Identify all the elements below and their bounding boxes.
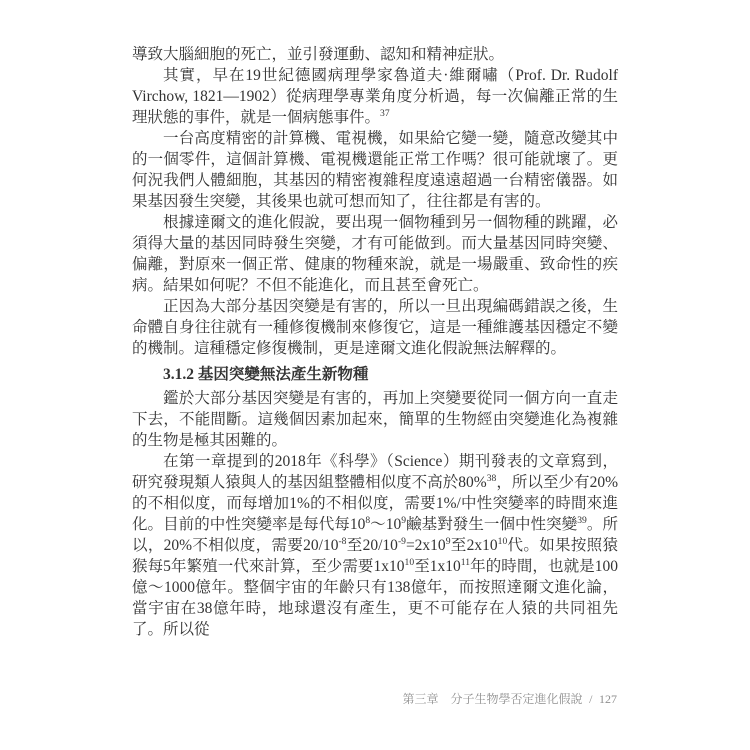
paragraph: 根據達爾文的進化假說，要出現一個物種到另一個物種的跳躍，必須得大量的基因同時發生… bbox=[132, 212, 618, 296]
paragraph: 正因為大部分基因突變是有害的，所以一旦出現編碼錯誤之後，生命體自身往往就有一種修… bbox=[132, 296, 618, 359]
paragraph: 一台高度精密的計算機、電視機，如果給它變一變，隨意改變其中的一個零件，這個計算機… bbox=[132, 128, 618, 212]
footer-chapter-label: 第三章 bbox=[402, 692, 438, 706]
footnote-reference: 10 bbox=[405, 557, 415, 568]
footer-chapter-title: 分子生物學否定進化假說 bbox=[450, 692, 582, 706]
footnote-reference: -9 bbox=[398, 536, 406, 547]
book-page: 導致大腦細胞的死亡，並引發運動、認知和精神症狀。其實，早在19世紀德國病理學家魯… bbox=[0, 0, 750, 750]
footnote-reference: 10 bbox=[498, 536, 508, 547]
footnote-reference: 11 bbox=[461, 557, 470, 568]
footnote-reference: 8 bbox=[365, 515, 370, 526]
section-heading: 3.1.2 基因突變無法產生新物種 bbox=[132, 364, 618, 385]
footnote-reference: -8 bbox=[338, 536, 346, 547]
page-body-text: 導致大腦細胞的死亡，並引發運動、認知和精神症狀。其實，早在19世紀德國病理學家魯… bbox=[132, 44, 618, 640]
paragraph: 其實，早在19世紀德國病理學家魯道夫·維爾嘯（Prof. Dr. Rudolf … bbox=[132, 65, 618, 128]
footnote-reference: 9 bbox=[446, 536, 451, 547]
footer-separator: / bbox=[589, 692, 592, 706]
paragraph: 導致大腦細胞的死亡，並引發運動、認知和精神症狀。 bbox=[132, 44, 618, 65]
paragraph: 鑑於大部分基因突變是有害的，再加上突變要從同一個方向一直走下去，不能間斷。這幾個… bbox=[132, 388, 618, 451]
paragraph: 在第一章提到的2018年《科學》（Science）期刊發表的文章寫到，研究發現類… bbox=[132, 451, 618, 640]
footnote-reference: 39 bbox=[577, 515, 587, 526]
footnote-reference: 37 bbox=[380, 108, 390, 119]
footnote-reference: 38 bbox=[487, 473, 497, 484]
footnote-reference: 9 bbox=[401, 515, 406, 526]
footer-page-number: 127 bbox=[599, 692, 617, 706]
page-footer: 第三章分子生物學否定進化假說/127 bbox=[402, 691, 617, 707]
